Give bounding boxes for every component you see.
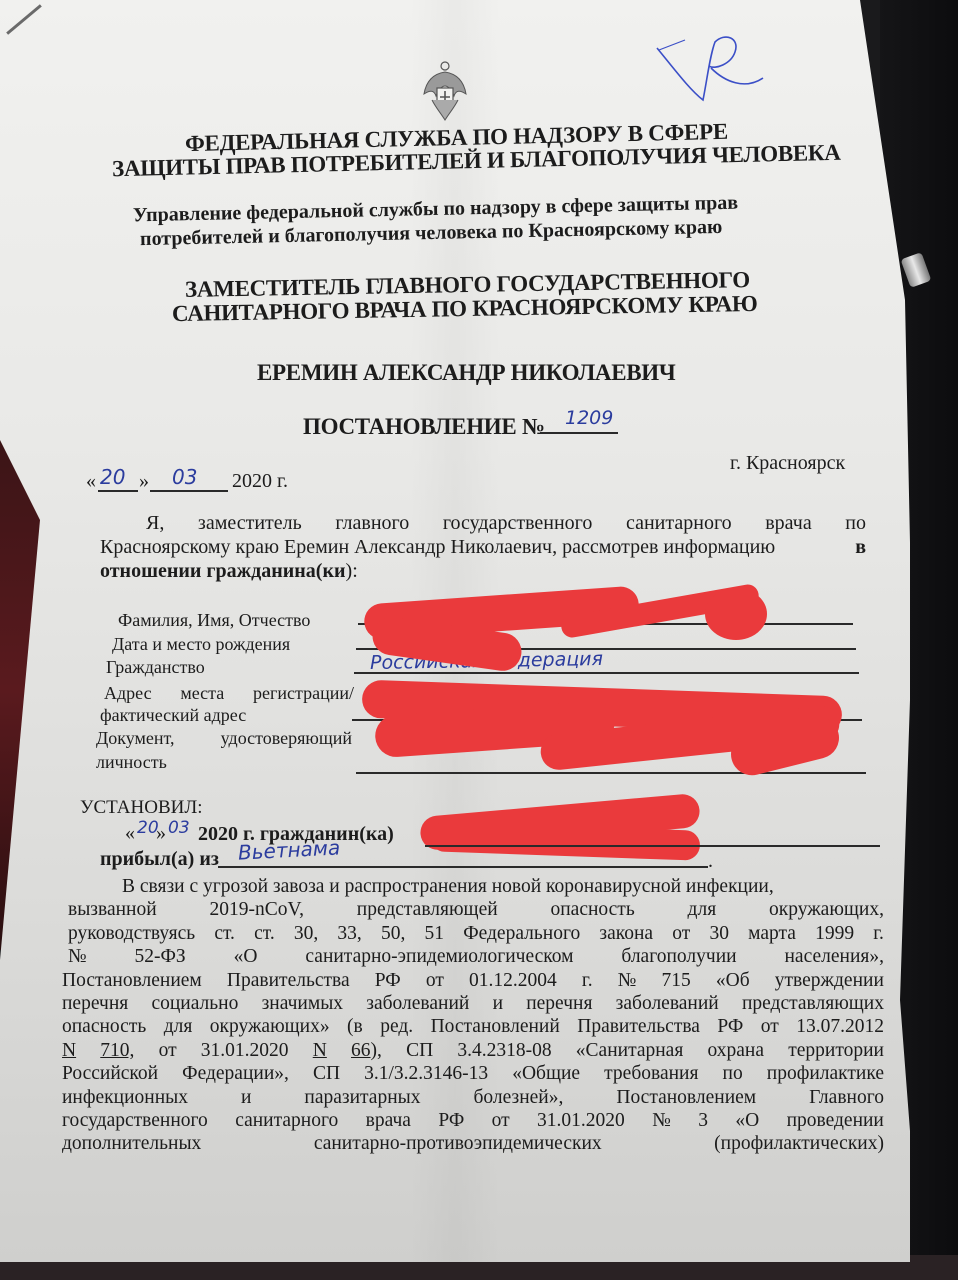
word: Постановлением (62, 970, 202, 992)
signature-scribble (655, 30, 765, 110)
word: г. (873, 923, 884, 945)
body-line: руководствуясьст.ст.30,33,50,51Федеральн… (68, 923, 884, 945)
body-line: РоссийскойФедерации»,СП3.1/3.2.3146-13«О… (62, 1063, 884, 1085)
word: от (426, 970, 444, 992)
word: и (241, 1087, 251, 1109)
word: 31.01.2020 (537, 1110, 625, 1132)
label-text: Адрес места регистрации/ (104, 683, 354, 704)
word: охрана (708, 1040, 765, 1062)
word: № (618, 970, 637, 992)
field-label-address2: фактический адрес (100, 705, 246, 726)
field-label-document1: Документ, удостоверяющий (96, 728, 352, 749)
word: окружающих, (769, 899, 884, 921)
word: проведении (787, 1110, 884, 1132)
word: СП (406, 1040, 433, 1062)
word: Федерального (463, 923, 580, 945)
word: ст. (254, 923, 275, 945)
word: ред. (380, 1016, 413, 1038)
word: РФ (375, 970, 401, 992)
word: благополучии (621, 946, 736, 968)
word: требования (604, 1063, 698, 1085)
word: санитарно-противоэпидемических (314, 1133, 602, 1155)
intro-line3: отношении гражданина(ки): (100, 560, 358, 583)
word: от (761, 1016, 779, 1038)
arrived-from-line[interactable] (218, 866, 708, 868)
word: врача (765, 512, 811, 535)
word: «Санитарная (576, 1040, 684, 1062)
word: санитарно-эпидемиологическом (305, 946, 573, 968)
word: марта (748, 923, 796, 945)
date-day-underline (98, 490, 138, 492)
word: врача (366, 1110, 411, 1132)
word: «Об (716, 970, 750, 992)
word: РФ (717, 1016, 743, 1038)
established-close-quote: » (156, 822, 166, 845)
word: представляющей (357, 899, 498, 921)
word: инфекционных (62, 1087, 188, 1109)
body-line: №52-ФЗ«Осанитарно-эпидемиологическомблаг… (68, 946, 884, 968)
word: 01.12.2004 (469, 970, 557, 992)
city: г. Красноярск (730, 452, 845, 475)
body-line: перечнясоциальнозначимыхзаболеванийипере… (62, 993, 884, 1015)
word: 30, (294, 923, 318, 945)
date-close-quote: » (139, 470, 149, 493)
citizen-name-line[interactable] (425, 845, 880, 847)
intro-line2: Красноярскому краю Еремин Александр Нико… (100, 536, 866, 559)
word: государственного (62, 1110, 208, 1132)
word: 52-ФЗ (135, 946, 186, 968)
arrived-label: прибыл(а) из (100, 848, 219, 871)
body-line: В связи с угрозой завоза и распространен… (122, 876, 884, 898)
field-line-document[interactable] (356, 772, 866, 774)
date-year: 2020 г. (232, 470, 288, 493)
word: от (492, 1110, 510, 1132)
word: 710, (100, 1040, 134, 1062)
date-month: 03 (172, 465, 197, 489)
word: от (672, 923, 690, 945)
word: 30 (709, 923, 729, 945)
word: 33, (337, 923, 361, 945)
word: (в (347, 1016, 363, 1038)
body-line: вызванной2019-nCoV,представляющейопаснос… (68, 899, 884, 921)
word: (профилактических) (714, 1133, 884, 1155)
body-line: инфекционныхипаразитарныхболезней»,Поста… (62, 1087, 884, 1109)
word: для (164, 1016, 193, 1038)
word: и (493, 993, 503, 1015)
date-month-underline (150, 490, 228, 492)
word: 51 (425, 923, 445, 945)
word: руководствуясь (68, 923, 195, 945)
word: Я, (146, 512, 164, 535)
word: паразитарных (304, 1087, 420, 1109)
word: вызванной (68, 899, 157, 921)
field-label-address1: Адрес места регистрации/ (104, 683, 354, 704)
body-line: опасностьдляокружающих»(вред.Постановлен… (62, 1016, 884, 1038)
word: по (723, 1063, 743, 1085)
word: представляющих (742, 993, 884, 1015)
word: социально (151, 993, 238, 1015)
word: закона (599, 923, 653, 945)
word: N (313, 1040, 327, 1062)
established-month: 03 (168, 818, 190, 838)
word: 715 (661, 970, 690, 992)
word: по (845, 512, 866, 535)
word: дополнительных (62, 1133, 201, 1155)
word: окружающих» (210, 1016, 330, 1038)
word: Постановлений (431, 1016, 560, 1038)
word: 3 (698, 1110, 708, 1132)
label-text: Документ, удостоверяющий (96, 728, 352, 749)
field-label-birth: Дата и место рождения (112, 634, 290, 655)
word: СП (313, 1063, 340, 1085)
word: санитарного (235, 1110, 338, 1132)
word: болезней», (473, 1087, 563, 1109)
field-label-citizenship: Гражданство (106, 657, 205, 678)
body-line: государственногосанитарноговрачаРФот31.0… (62, 1110, 884, 1132)
field-line-citizenship[interactable] (354, 672, 859, 674)
intro-end: ): (346, 560, 358, 582)
word: заместитель (198, 512, 302, 535)
word: 3.1/3.2.3146-13 (364, 1063, 488, 1085)
word: 2019-nCoV, (210, 899, 304, 921)
intro-line1: Я, заместитель главного государственного… (146, 512, 866, 535)
established-open-quote: « (125, 822, 135, 845)
word: Российской (62, 1063, 158, 1085)
word: ст. (214, 923, 235, 945)
word: от (159, 1040, 177, 1062)
word: 3.4.2318-08 (457, 1040, 551, 1062)
body-line: дополнительныхсанитарно-противоэпидемиче… (62, 1133, 884, 1155)
resolution-number: 1209 (565, 407, 613, 429)
word: санитарного (626, 512, 732, 535)
official-name: ЕРЕМИН АЛЕКСАНДР НИКОЛАЕВИЧ (257, 360, 675, 386)
word: территории (788, 1040, 884, 1062)
arrived-end-dot: . (708, 850, 713, 873)
word: РФ (438, 1110, 464, 1132)
word: N (62, 1040, 76, 1062)
field-label-document2: личность (96, 752, 167, 773)
established-heading: УСТАНОВИЛ: (80, 797, 203, 819)
word: 13.07.2012 (796, 1016, 884, 1038)
word: перечня (526, 993, 592, 1015)
date-day: 20 (100, 465, 125, 489)
resolution-label: ПОСТАНОВЛЕНИЕ № (303, 414, 545, 440)
word: населения», (784, 946, 884, 968)
word: утверждении (775, 970, 884, 992)
date-open-quote: « (86, 470, 96, 493)
body-line: ПостановлениемПравительстваРФот01.12.200… (62, 970, 884, 992)
word: 50, (381, 923, 405, 945)
word: заболеваний (366, 993, 469, 1015)
intro-bold: отношении гражданина( (100, 560, 322, 582)
coat-of-arms-emblem (422, 60, 468, 122)
word: № (68, 946, 87, 968)
word: опасность (550, 899, 634, 921)
word: г. (582, 970, 593, 992)
word: опасность (62, 1016, 146, 1038)
word: № (652, 1110, 671, 1132)
body-line: N710,от31.01.2020N66),СП3.4.2318-08«Сани… (62, 1040, 884, 1062)
word: Постановлением (616, 1087, 756, 1109)
word: государственного (443, 512, 593, 535)
word: главного (335, 512, 409, 535)
redaction-mark (705, 588, 767, 640)
word: 66), (351, 1040, 382, 1062)
word: «Общие (512, 1063, 580, 1085)
word: 31.01.2020 (201, 1040, 289, 1062)
intro-bold: ки (322, 560, 345, 582)
word: для (688, 899, 717, 921)
word: перечня (62, 993, 128, 1015)
field-label-full-name: Фамилия, Имя, Отчество (118, 610, 310, 631)
intro-bold: в (855, 536, 866, 559)
word: Федерации», (182, 1063, 289, 1085)
word: 1999 (815, 923, 854, 945)
word: профилактике (767, 1063, 884, 1085)
word: Главного (809, 1087, 884, 1109)
word: «О (234, 946, 258, 968)
intro-text: Красноярскому краю Еремин Александр Нико… (100, 536, 775, 559)
word: Правительства (227, 970, 350, 992)
word: значимых (262, 993, 343, 1015)
resolution-number-underline (540, 432, 618, 434)
word: Правительства (577, 1016, 700, 1038)
word: заболеваний (616, 993, 719, 1015)
word: «О (735, 1110, 759, 1132)
